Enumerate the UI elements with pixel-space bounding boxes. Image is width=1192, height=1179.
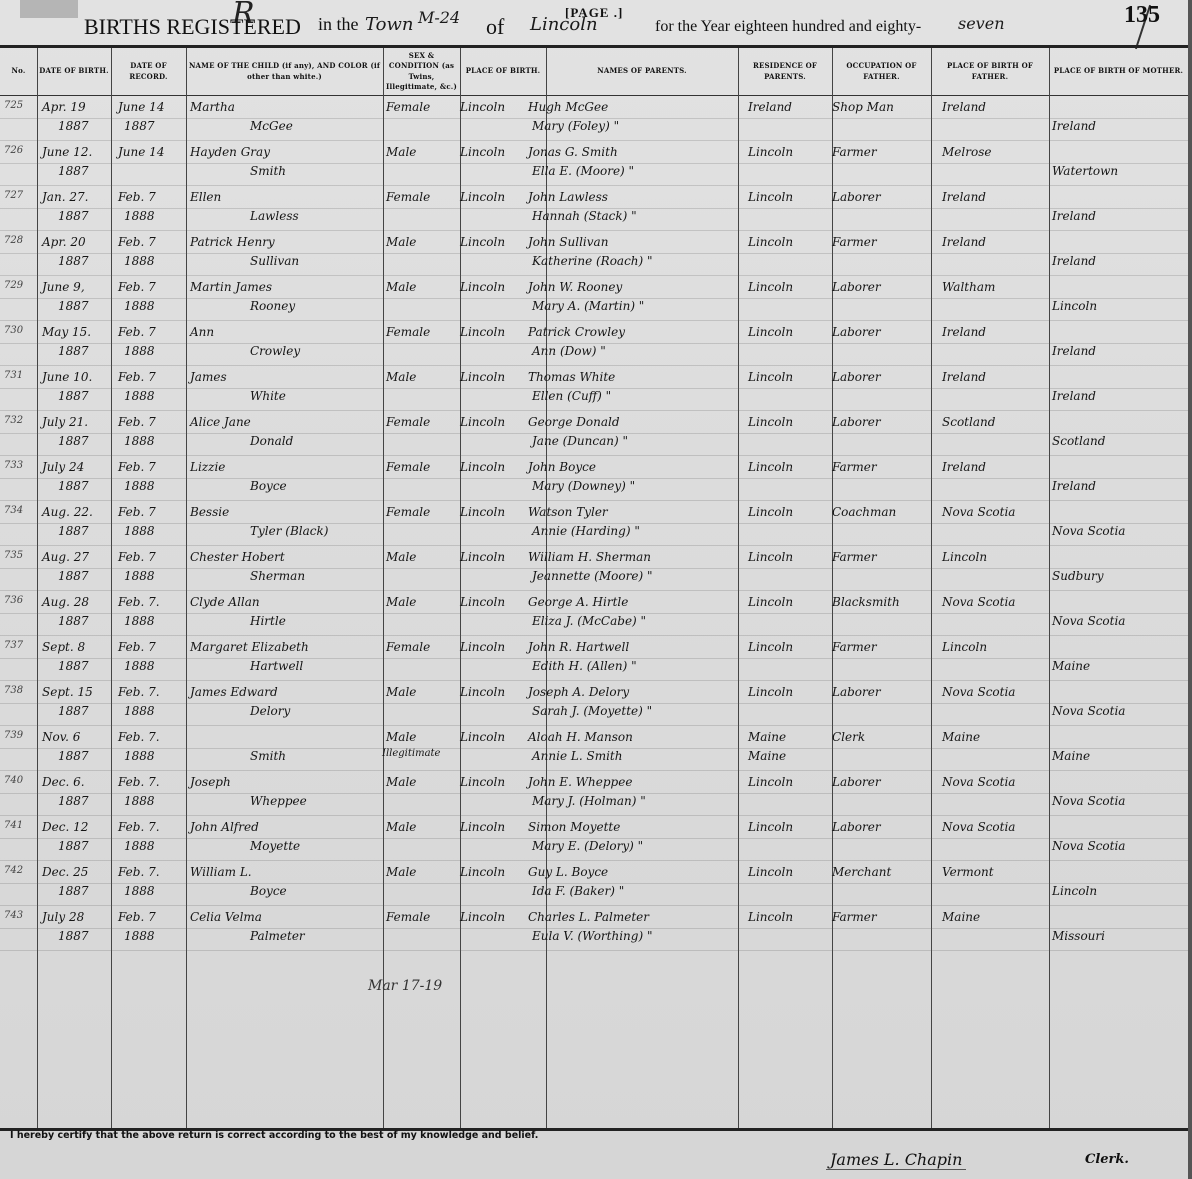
col-header-place-of-birth: PLACE OF BIRTH. (460, 48, 546, 96)
child-sex: Male (386, 820, 416, 834)
child-surname: Smith (250, 164, 286, 178)
record-year: 1888 (124, 704, 155, 718)
mother-name: Mary E. (Delory) " (532, 839, 643, 853)
register-row: 739 Nov. 6 1887 Feb. 7. 1888 Smith Male … (0, 726, 1188, 771)
parents-residence: Lincoln (748, 595, 793, 609)
father-name: William H. Sherman (528, 550, 651, 564)
entry-number: 729 (4, 280, 23, 291)
mother-name: Eliza J. (McCabe) " (532, 614, 646, 628)
entry-number: 726 (4, 145, 23, 156)
col-header-no: No. (0, 48, 37, 96)
register-row: 734 Aug. 22. 1887 Feb. 7 1888 Bessie Tyl… (0, 501, 1188, 546)
father-name: John E. Wheppee (528, 775, 632, 789)
father-name: John Boyce (528, 460, 596, 474)
record-date: Feb. 7. (118, 865, 160, 879)
mother-birthplace: Ireland (1052, 209, 1096, 223)
mother-birthplace: Nova Scotia (1052, 614, 1125, 628)
title-in-the: in the (318, 14, 359, 35)
child-given-name: Joseph (190, 775, 231, 789)
child-surname: Moyette (250, 839, 300, 853)
parents-residence: Lincoln (748, 370, 793, 384)
birth-date: Aug. 22. (42, 505, 93, 519)
parents-residence: Lincoln (748, 820, 793, 834)
mother-birthplace: Missouri (1052, 929, 1105, 943)
record-date: Feb. 7. (118, 730, 160, 744)
register-title: BIRTHS REGISTERED in the Town M-24 of Li… (0, 14, 1192, 44)
child-given-name: Margaret Elizabeth (190, 640, 309, 654)
father-occupation: Farmer (832, 460, 877, 474)
child-sex: Male (386, 595, 416, 609)
father-birthplace: Nova Scotia (942, 505, 1015, 519)
register-row: 743 July 28 1887 Feb. 7 1888 Celia Velma… (0, 906, 1188, 951)
mother-birthplace: Nova Scotia (1052, 794, 1125, 808)
mother-name: Ann (Dow) " (532, 344, 606, 358)
birth-date: June 10. (42, 370, 92, 384)
mother-birthplace: Lincoln (1052, 299, 1097, 313)
child-given-name: Celia Velma (190, 910, 262, 924)
birth-date: Apr. 19 (42, 100, 86, 114)
register-row: 742 Dec. 25 1887 Feb. 7. 1888 William L.… (0, 861, 1188, 906)
record-year: 1888 (124, 884, 155, 898)
father-name: Guy L. Boyce (528, 865, 608, 879)
father-birthplace: Ireland (942, 460, 986, 474)
child-sex: Male (386, 145, 416, 159)
father-name: George A. Hirtle (528, 595, 628, 609)
father-name: Thomas White (528, 370, 615, 384)
father-occupation: Coachman (832, 505, 896, 519)
record-date: Feb. 7. (118, 595, 160, 609)
place-of-birth: Lincoln (460, 685, 505, 699)
birth-year: 1887 (58, 389, 89, 403)
mother-birthplace: Nova Scotia (1052, 839, 1125, 853)
father-occupation: Farmer (832, 640, 877, 654)
child-condition: Illegitimate (382, 748, 440, 759)
record-date: June 14 (118, 145, 164, 159)
parents-residence: Lincoln (748, 685, 793, 699)
father-birthplace: Maine (942, 730, 980, 744)
mother-birthplace: Ireland (1052, 479, 1096, 493)
mother-birthplace: Ireland (1052, 389, 1096, 403)
father-occupation: Laborer (832, 685, 881, 699)
father-name: John R. Hartwell (528, 640, 629, 654)
birth-date: July 21. (42, 415, 88, 429)
col-header-parents: NAMES OF PARENTS. (546, 48, 738, 96)
father-birthplace: Ireland (942, 100, 986, 114)
father-occupation: Shop Man (832, 100, 894, 114)
father-name: John Lawless (528, 190, 608, 204)
father-name: Hugh McGee (528, 100, 608, 114)
register-row: 732 July 21. 1887 Feb. 7 1888 Alice Jane… (0, 411, 1188, 456)
mother-name: Ella E. (Moore) " (532, 164, 634, 178)
record-date: Feb. 7. (118, 820, 160, 834)
child-given-name: James Edward (190, 685, 278, 699)
place-of-birth: Lincoln (460, 640, 505, 654)
child-given-name: Lizzie (190, 460, 225, 474)
father-occupation: Laborer (832, 820, 881, 834)
mother-birthplace: Nova Scotia (1052, 704, 1125, 718)
record-year: 1888 (124, 839, 155, 853)
register-row: 740 Dec. 6. 1887 Feb. 7. 1888 Joseph Whe… (0, 771, 1188, 816)
register-row: 733 July 24 1887 Feb. 7 1888 Lizzie Boyc… (0, 456, 1188, 501)
father-name: Jonas G. Smith (528, 145, 618, 159)
mother-birthplace: Sudbury (1052, 569, 1104, 583)
record-year: 1888 (124, 434, 155, 448)
child-sex: Female (386, 100, 430, 114)
mother-name: Jeannette (Moore) " (532, 569, 652, 583)
child-given-name: Hayden Gray (190, 145, 270, 159)
parents-residence: Lincoln (748, 640, 793, 654)
father-occupation: Laborer (832, 775, 881, 789)
place-of-birth: Lincoln (460, 820, 505, 834)
town-handwritten: Town (365, 14, 413, 35)
page-edge (1188, 0, 1192, 1179)
register-row: 737 Sept. 8 1887 Feb. 7 1888 Margaret El… (0, 636, 1188, 681)
birth-year: 1887 (58, 119, 89, 133)
father-occupation: Merchant (832, 865, 891, 879)
entry-number: 742 (4, 865, 23, 876)
record-date: June 14 (118, 100, 164, 114)
col-header-date-of-birth: DATE OF BIRTH. (37, 48, 111, 96)
record-year: 1888 (124, 794, 155, 808)
child-sex: Female (386, 190, 430, 204)
place-of-birth: Lincoln (460, 235, 505, 249)
father-birthplace: Lincoln (942, 640, 987, 654)
record-date: Feb. 7 (118, 550, 156, 564)
parents-residence: Lincoln (748, 460, 793, 474)
father-occupation: Laborer (832, 415, 881, 429)
parents-residence: Lincoln (748, 280, 793, 294)
birth-year: 1887 (58, 794, 89, 808)
child-given-name: Bessie (190, 505, 229, 519)
birth-date: May 15. (42, 325, 91, 339)
year-handwritten: seven (958, 14, 1005, 33)
title-prefix: BIRTHS REGISTERED (84, 14, 301, 40)
child-surname: Boyce (250, 884, 287, 898)
child-sex: Male (386, 550, 416, 564)
father-birthplace: Nova Scotia (942, 775, 1015, 789)
birth-date: Dec. 25 (42, 865, 88, 879)
place-of-birth: Lincoln (460, 370, 505, 384)
col-header-occupation: OCCUPATION OF FATHER. (832, 48, 931, 96)
child-sex: Male (386, 235, 416, 249)
birth-date: Aug. 27 (42, 550, 89, 564)
birth-register-page: R [PAGE .] 135 BIRTHS REGISTERED in the … (0, 0, 1192, 1179)
register-row: 736 Aug. 28 1887 Feb. 7. 1888 Clyde Alla… (0, 591, 1188, 636)
birth-date: Dec. 6. (42, 775, 85, 789)
birth-date: July 28 (42, 910, 84, 924)
child-given-name: Ellen (190, 190, 221, 204)
mother-birthplace: Ireland (1052, 119, 1096, 133)
father-birthplace: Nova Scotia (942, 820, 1015, 834)
year-prefix: for the Year eighteen hundred and eighty… (655, 18, 921, 36)
birth-date: June 9, (42, 280, 85, 294)
child-sex: Male (386, 730, 416, 744)
record-date: Feb. 7 (118, 190, 156, 204)
birth-year: 1887 (58, 929, 89, 943)
record-year: 1888 (124, 614, 155, 628)
entry-number: 735 (4, 550, 23, 561)
birth-year: 1887 (58, 749, 89, 763)
child-sex: Male (386, 685, 416, 699)
child-sex: Female (386, 415, 430, 429)
child-given-name: Ann (190, 325, 214, 339)
record-year: 1888 (124, 524, 155, 538)
father-birthplace: Melrose (942, 145, 991, 159)
register-row: 731 June 10. 1887 Feb. 7 1888 James Whit… (0, 366, 1188, 411)
father-occupation: Farmer (832, 235, 877, 249)
child-surname: Sherman (250, 569, 305, 583)
mother-birthplace: Maine (1052, 749, 1090, 763)
place-of-birth: Lincoln (460, 325, 505, 339)
father-birthplace: Nova Scotia (942, 595, 1015, 609)
child-surname: Hartwell (250, 659, 303, 673)
birth-year: 1887 (58, 434, 89, 448)
father-name: George Donald (528, 415, 620, 429)
register-row: 725 Apr. 19 1887 June 14 1887 Martha McG… (0, 96, 1188, 141)
parents-residence: Lincoln (748, 235, 793, 249)
certification-text: I hereby certify that the above return i… (10, 1130, 538, 1141)
parents-residence: Lincoln (748, 190, 793, 204)
place-of-birth: Lincoln (460, 460, 505, 474)
record-date: Feb. 7 (118, 325, 156, 339)
father-name: John W. Rooney (528, 280, 622, 294)
father-birthplace: Vermont (942, 865, 994, 879)
child-sex: Female (386, 910, 430, 924)
parents-residence: Maine (748, 730, 786, 744)
place-of-birth: Lincoln (460, 415, 505, 429)
birth-year: 1887 (58, 344, 89, 358)
child-given-name: Chester Hobert (190, 550, 285, 564)
child-given-name: Martin James (190, 280, 272, 294)
mother-name: Annie L. Smith (532, 749, 622, 763)
record-date: Feb. 7 (118, 640, 156, 654)
mother-name: Sarah J. (Moyette) " (532, 704, 652, 718)
place-of-birth: Lincoln (460, 775, 505, 789)
child-surname: Hirtle (250, 614, 286, 628)
register-row: 729 June 9, 1887 Feb. 7 1888 Martin Jame… (0, 276, 1188, 321)
mother-birthplace: Watertown (1052, 164, 1118, 178)
birth-date: July 24 (42, 460, 84, 474)
father-birthplace: Maine (942, 910, 980, 924)
register-row: 738 Sept. 15 1887 Feb. 7. 1888 James Edw… (0, 681, 1188, 726)
child-surname: Smith (250, 749, 286, 763)
record-year: 1888 (124, 389, 155, 403)
record-year: 1888 (124, 299, 155, 313)
record-date: Feb. 7 (118, 370, 156, 384)
birth-year: 1887 (58, 614, 89, 628)
father-occupation: Farmer (832, 550, 877, 564)
child-given-name: John Alfred (190, 820, 259, 834)
record-year: 1888 (124, 344, 155, 358)
father-occupation: Laborer (832, 190, 881, 204)
place-of-birth: Lincoln (460, 730, 505, 744)
entry-number: 736 (4, 595, 23, 606)
clerk-title: Clerk. (1085, 1152, 1129, 1167)
entry-number: 734 (4, 505, 23, 516)
child-surname: Lawless (250, 209, 299, 223)
place-of-birth: Lincoln (460, 550, 505, 564)
father-name: Patrick Crowley (528, 325, 625, 339)
father-birthplace: Ireland (942, 235, 986, 249)
father-name: Watson Tyler (528, 505, 608, 519)
mother-birthplace: Nova Scotia (1052, 524, 1125, 538)
child-surname: Tyler (Black) (250, 524, 328, 538)
mother-name: Ellen (Cuff) " (532, 389, 611, 403)
child-surname: Boyce (250, 479, 287, 493)
child-surname: Delory (250, 704, 290, 718)
mother-name: Mary (Foley) " (532, 119, 619, 133)
entry-number: 733 (4, 460, 23, 471)
child-sex: Male (386, 280, 416, 294)
father-name: Joseph A. Delory (528, 685, 629, 699)
parents-residence: Lincoln (748, 910, 793, 924)
father-birthplace: Waltham (942, 280, 995, 294)
child-given-name: Alice Jane (190, 415, 251, 429)
town-annotation: M-24 (418, 8, 460, 27)
birth-date: Dec. 12 (42, 820, 88, 834)
record-date: Feb. 7 (118, 910, 156, 924)
place-of-birth: Lincoln (460, 145, 505, 159)
entry-number: 738 (4, 685, 23, 696)
mother-name: Katherine (Roach) " (532, 254, 653, 268)
birth-year: 1887 (58, 884, 89, 898)
place-of-birth: Lincoln (460, 100, 505, 114)
birth-date: Nov. 6 (42, 730, 80, 744)
birth-year: 1887 (58, 659, 89, 673)
record-year: 1888 (124, 929, 155, 943)
record-year: 1888 (124, 254, 155, 268)
parents-residence: Lincoln (748, 550, 793, 564)
mother-name: Eula V. (Worthing) " (532, 929, 652, 943)
entry-number: 728 (4, 235, 23, 246)
place-of-birth: Lincoln (460, 505, 505, 519)
col-header-residence: RESIDENCE OF PARENTS. (738, 48, 832, 96)
birth-year: 1887 (58, 569, 89, 583)
place-of-birth: Lincoln (460, 910, 505, 924)
record-date: Feb. 7 (118, 505, 156, 519)
record-year: 1888 (124, 209, 155, 223)
record-date: Feb. 7 (118, 280, 156, 294)
father-birthplace: Lincoln (942, 550, 987, 564)
birth-date: June 12. (42, 145, 92, 159)
father-birthplace: Ireland (942, 370, 986, 384)
birth-date: Jan. 27. (42, 190, 88, 204)
father-name: Charles L. Palmeter (528, 910, 649, 924)
birth-year: 1887 (58, 164, 89, 178)
parents-residence: Lincoln (748, 415, 793, 429)
birth-year: 1887 (58, 524, 89, 538)
child-surname: McGee (250, 119, 293, 133)
father-occupation: Farmer (832, 910, 877, 924)
birth-year: 1887 (58, 209, 89, 223)
city-handwritten: Lincoln (530, 14, 598, 35)
child-given-name: James (190, 370, 227, 384)
entry-number: 743 (4, 910, 23, 921)
register-table: No. DATE OF BIRTH. DATE OF RECORD. NAME … (0, 45, 1188, 1131)
record-date: Feb. 7 (118, 235, 156, 249)
register-row: 726 June 12. 1887 June 14 Hayden Gray Sm… (0, 141, 1188, 186)
mother-birthplace: Lincoln (1052, 884, 1097, 898)
mother-name: Hannah (Stack) " (532, 209, 637, 223)
mother-birthplace: Ireland (1052, 254, 1096, 268)
col-header-date-of-record: DATE OF RECORD. (111, 48, 186, 96)
mother-name: Ida F. (Baker) " (532, 884, 624, 898)
child-surname: Crowley (250, 344, 300, 358)
child-sex: Female (386, 640, 430, 654)
entry-number: 732 (4, 415, 23, 426)
child-surname: White (250, 389, 286, 403)
entry-number: 739 (4, 730, 23, 741)
record-date: Feb. 7. (118, 685, 160, 699)
mother-name: Jane (Duncan) " (532, 434, 628, 448)
parents-residence: Lincoln (748, 775, 793, 789)
entry-number: 730 (4, 325, 23, 336)
col-header-child-name: NAME OF THE CHILD (if any), AND COLOR (i… (186, 48, 383, 96)
entry-number: 737 (4, 640, 23, 651)
parents-residence: Lincoln (748, 325, 793, 339)
child-sex: Female (386, 505, 430, 519)
entry-number: 727 (4, 190, 23, 201)
birth-year: 1887 (58, 254, 89, 268)
child-sex: Male (386, 865, 416, 879)
mother-name: Annie (Harding) " (532, 524, 640, 538)
mother-name: Mary J. (Holman) " (532, 794, 646, 808)
father-occupation: Blacksmith (832, 595, 900, 609)
child-sex: Male (386, 370, 416, 384)
birth-date: Sept. 15 (42, 685, 93, 699)
child-given-name: Clyde Allan (190, 595, 260, 609)
father-birthplace: Scotland (942, 415, 995, 429)
stamp-annotation: Mar 17-19 (368, 978, 442, 994)
register-row: 728 Apr. 20 1887 Feb. 7 1888 Patrick Hen… (0, 231, 1188, 276)
clerk-signature: James L. Chapin (826, 1150, 966, 1170)
parents-residence-secondary: Maine (748, 749, 786, 763)
child-given-name: Patrick Henry (190, 235, 275, 249)
ruled-line (0, 950, 1188, 951)
birth-year: 1887 (58, 839, 89, 853)
col-header-father-birthplace: PLACE OF BIRTH OF FATHER. (931, 48, 1049, 96)
father-name: Simon Moyette (528, 820, 620, 834)
birth-date: Sept. 8 (42, 640, 85, 654)
register-row: 741 Dec. 12 1887 Feb. 7. 1888 John Alfre… (0, 816, 1188, 861)
register-row: 735 Aug. 27 1887 Feb. 7 1888 Chester Hob… (0, 546, 1188, 591)
father-name: Aloah H. Manson (528, 730, 633, 744)
record-date: Feb. 7 (118, 415, 156, 429)
record-year: 1888 (124, 479, 155, 493)
child-given-name: Martha (190, 100, 235, 114)
place-of-birth: Lincoln (460, 865, 505, 879)
father-occupation: Laborer (832, 280, 881, 294)
register-row: 730 May 15. 1887 Feb. 7 1888 Ann Crowley… (0, 321, 1188, 366)
birth-year: 1887 (58, 704, 89, 718)
mother-name: Mary (Downey) " (532, 479, 635, 493)
child-surname: Rooney (250, 299, 295, 313)
child-surname: Donald (250, 434, 293, 448)
father-occupation: Farmer (832, 145, 877, 159)
entry-number: 725 (4, 100, 23, 111)
parents-residence: Lincoln (748, 145, 793, 159)
child-sex: Female (386, 460, 430, 474)
birth-year: 1887 (58, 479, 89, 493)
register-row: 727 Jan. 27. 1887 Feb. 7 1888 Ellen Lawl… (0, 186, 1188, 231)
entry-number: 731 (4, 370, 23, 381)
father-birthplace: Ireland (942, 190, 986, 204)
mother-name: Mary A. (Martin) " (532, 299, 644, 313)
parents-residence: Lincoln (748, 505, 793, 519)
father-birthplace: Ireland (942, 325, 986, 339)
child-sex: Male (386, 775, 416, 789)
father-occupation: Laborer (832, 325, 881, 339)
